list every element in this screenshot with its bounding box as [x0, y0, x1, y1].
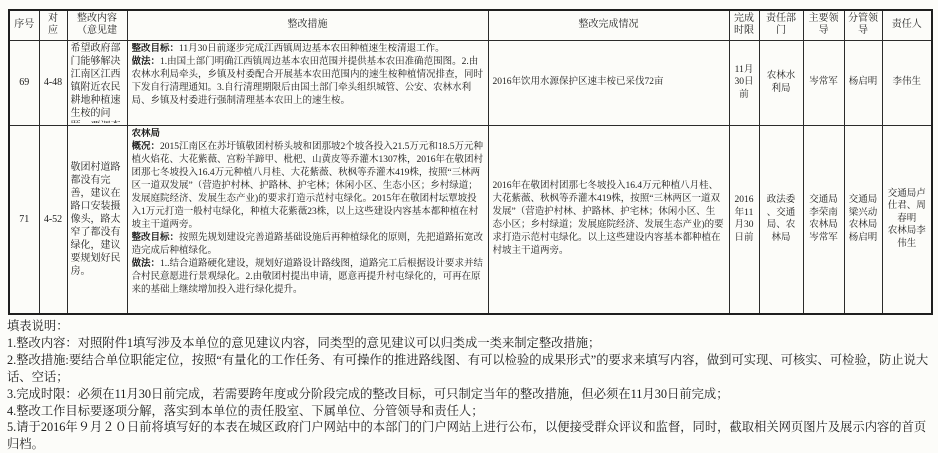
- col-header-serial: 序号: [9, 10, 39, 40]
- row-71-completion: 2016年在敬团村团那七冬坡投入16.4万元种植八月桂、大花紫薇、秋枫等乔灌木4…: [488, 125, 729, 314]
- row-69-measures: 整改目标：11月30日前逐步完成江西镇周边基本农田种植速生桉清退工作。 做法：1…: [127, 40, 488, 125]
- row-69-content: 希望政府部门能够解决江南区江西镇附近农民耕地种植速生桉的问题，要调查: [67, 40, 127, 125]
- note-item-3: 3.完成时限：必须在11月30日前完成，若需要跨年度或分阶段完成的整改目标，可只…: [7, 386, 934, 403]
- row-69-content-text: 希望政府部门能够解决江南区江西镇附近农民耕地种植速生桉的问题，要调查: [71, 42, 124, 123]
- row-71-content-text: 敬团村道路都没有完善，建议在路口安装摄像头，路太窄了都没有绿化，建议要规划好民房…: [71, 161, 124, 278]
- row-69-completion: 2016年饮用水源保护区速丰桉已采伐72亩: [488, 40, 729, 125]
- col-header-main-leader: 主要领 导: [803, 10, 844, 40]
- method-text: 1.由国土部门明确江西镇周边基本农田范围并提供基本农田准确范围图。2.由农林水利…: [132, 57, 484, 106]
- row-71-responsible: 交通局卢仕君、周春明 农林局李伟生: [882, 125, 932, 314]
- table-row: 69 4-48 希望政府部门能够解决江南区江西镇附近农民耕地种植速生桉的问题，要…: [9, 40, 932, 125]
- table-header-row: 序号 对 应 整改内容 （意见建 整改措施 整改完成情况 完成 时限 责任部 门…: [9, 10, 932, 40]
- measures-dept-label: 农林局: [132, 128, 484, 141]
- row-69-department: 农林水 利局: [759, 40, 803, 125]
- notes-title: 填表说明：: [7, 318, 934, 335]
- goal-label: 整改目标：: [132, 233, 180, 243]
- method-label: 做法：: [132, 259, 161, 269]
- goal-text: 11月30日前逐步完成江西镇周边基本农田种植速生桉清退工作。: [179, 44, 445, 54]
- method-label: 做法：: [132, 57, 161, 67]
- row-71-sub-leader: 交通局 梁兴动 农林局 杨启明: [844, 125, 882, 314]
- row-69-sub-leader: 杨启明: [844, 40, 882, 125]
- row-71-completion-text: 2016年在敬团村团那七冬坡投入16.4万元种植八月桂、大花紫薇、秋枫等乔灌木4…: [493, 180, 725, 258]
- table-row: 71 4-52 敬团村道路都没有完善，建议在路口安装摄像头，路太窄了都没有绿化，…: [9, 125, 932, 314]
- row-71-deadline: 2016 年11 月30 日前: [729, 125, 759, 314]
- row-71-department: 政法委 、交通 局、农 林局: [759, 125, 803, 314]
- method-text: 1..结合道路硬化建设，规划好道路设计路线图，道路完工后根据设计要求并结合村民意…: [132, 259, 484, 295]
- rectification-document: 序号 对 应 整改内容 （意见建 整改措施 整改完成情况 完成 时限 责任部 门…: [0, 0, 938, 453]
- overview-label: 概况：: [132, 142, 161, 152]
- row-71-main-leader: 交通局 李荣南 农林局 岑常军: [803, 125, 844, 314]
- measures-method: 做法：1..结合道路硬化建设，规划好道路设计路线图，道路完工后根据设计要求并结合…: [132, 258, 484, 297]
- col-header-completion: 整改完成情况: [488, 10, 729, 40]
- goal-label: 整改目标：: [132, 44, 180, 54]
- form-notes: 填表说明： 1.整改内容：对照附件1填写涉及本单位的意见建议内容，同类型的意见建…: [7, 318, 934, 453]
- row-69-ref: 4-48: [39, 40, 67, 125]
- note-item-5: 5.请于2016年９月２０日前将填写好的本表在城区政府门户网站中的本部门的门户网…: [7, 419, 934, 453]
- measures-method: 做法：1.由国土部门明确江西镇周边基本农田范围并提供基本农田准确范围图。2.由农…: [132, 56, 484, 108]
- col-header-ref: 对 应: [39, 10, 67, 40]
- col-header-sub-leader: 分管领 导: [844, 10, 882, 40]
- measures-goal: 整改目标：按照先规划建设完善道路基础设施后再种植绿化的原则，先把道路拓宽改造完成…: [132, 232, 484, 258]
- rectification-table: 序号 对 应 整改内容 （意见建 整改措施 整改完成情况 完成 时限 责任部 门…: [8, 9, 933, 315]
- col-header-responsible: 责任人: [882, 10, 932, 40]
- row-69-deadline: 11月 30日 前: [729, 40, 759, 125]
- row-71-content: 敬团村道路都没有完善，建议在路口安装摄像头，路太窄了都没有绿化，建议要规划好民房…: [67, 125, 127, 314]
- col-header-department: 责任部 门: [759, 10, 803, 40]
- row-69-main-leader: 岑常军: [803, 40, 844, 125]
- col-header-deadline: 完成 时限: [729, 10, 759, 40]
- row-71-ref: 4-52: [39, 125, 67, 314]
- note-item-4: 4.整改工作目标要逐项分解，落实到本单位的责任股室、下属单位、分管领导和责任人；: [7, 403, 934, 420]
- measures-overview: 概况：2015江南区在苏圩镇敬团村桥头坡和团那坡2个坡各投入21.5万元和18.…: [132, 141, 484, 232]
- goal-text: 按照先规划建设完善道路基础设施后再种植绿化的原则，先把道路拓宽改造完成后种植绿化…: [132, 233, 484, 256]
- row-69-serial: 69: [9, 40, 39, 125]
- row-71-measures: 农林局 概况：2015江南区在苏圩镇敬团村桥头坡和团那坡2个坡各投入21.5万元…: [127, 125, 488, 314]
- row-69-responsible: 李伟生: [882, 40, 932, 125]
- measures-goal: 整改目标：11月30日前逐步完成江西镇周边基本农田种植速生桉清退工作。: [132, 43, 484, 56]
- note-item-1: 1.整改内容：对照附件1填写涉及本单位的意见建议内容，同类型的意见建议可以归类成…: [7, 335, 934, 352]
- note-item-2: 2.整改措施:要结合单位职能定位，按照“有量化的工作任务、有可操作的推进路线图、…: [7, 352, 934, 386]
- overview-text: 2015江南区在苏圩镇敬团村桥头坡和团那坡2个坡各投入21.5万元和18.5万元…: [132, 142, 484, 230]
- col-header-measures: 整改措施: [127, 10, 488, 40]
- col-header-content: 整改内容 （意见建: [67, 10, 127, 40]
- row-71-serial: 71: [9, 125, 39, 314]
